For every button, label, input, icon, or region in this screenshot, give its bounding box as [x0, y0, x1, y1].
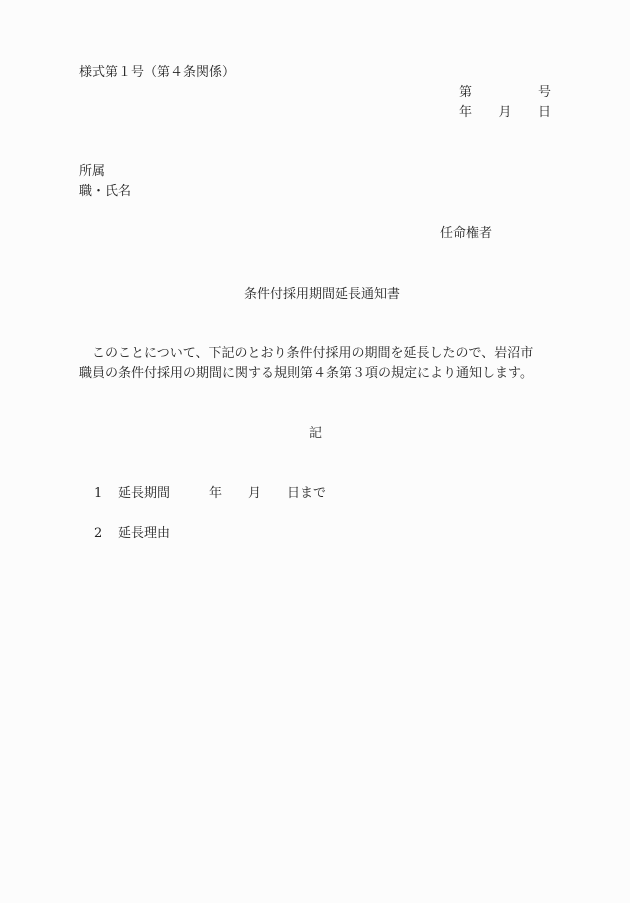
- date-month: 月: [498, 103, 511, 123]
- form-number: 様式第１号（第４条関係）: [79, 63, 235, 83]
- sender-appointer-label: 任命権者: [440, 224, 492, 244]
- doc-number-suffix: 号: [538, 83, 551, 103]
- doc-number-prefix: 第: [459, 83, 472, 103]
- recipient-affiliation-label: 所属: [79, 162, 105, 182]
- document-date: 年 月 日: [459, 103, 551, 123]
- period-month: 月: [248, 484, 261, 504]
- body-paragraph: このことについて、下記のとおり条件付採用の期間を延長したので、岩沼市 職員の条件…: [79, 344, 554, 384]
- list-item-number: 1: [94, 484, 118, 504]
- document-title: 条件付採用期間延長通知書: [0, 285, 630, 305]
- list-item-extension-reason: 2 延長理由: [94, 524, 170, 544]
- recipient-name-title-label: 職・氏名: [79, 182, 131, 202]
- date-year: 年: [459, 103, 472, 123]
- list-item-label: 延長理由: [118, 524, 170, 544]
- period-day-until: 日まで: [287, 484, 326, 504]
- body-line-1: このことについて、下記のとおり条件付採用の期間を延長したので、岩沼市: [79, 344, 554, 364]
- body-line-2: 職員の条件付採用の期間に関する規則第４条第３項の規定により通知します。: [79, 364, 554, 384]
- list-item-number: 2: [94, 524, 118, 544]
- period-year: 年: [209, 484, 222, 504]
- extension-period-fields: 年 月 日まで: [209, 484, 326, 504]
- list-item-extension-period: 1 延長期間 年 月 日まで: [94, 484, 326, 504]
- date-day: 日: [538, 103, 551, 123]
- note-heading: 記: [309, 424, 322, 444]
- list-item-label: 延長期間: [118, 484, 170, 504]
- document-number: 第 号: [459, 83, 551, 103]
